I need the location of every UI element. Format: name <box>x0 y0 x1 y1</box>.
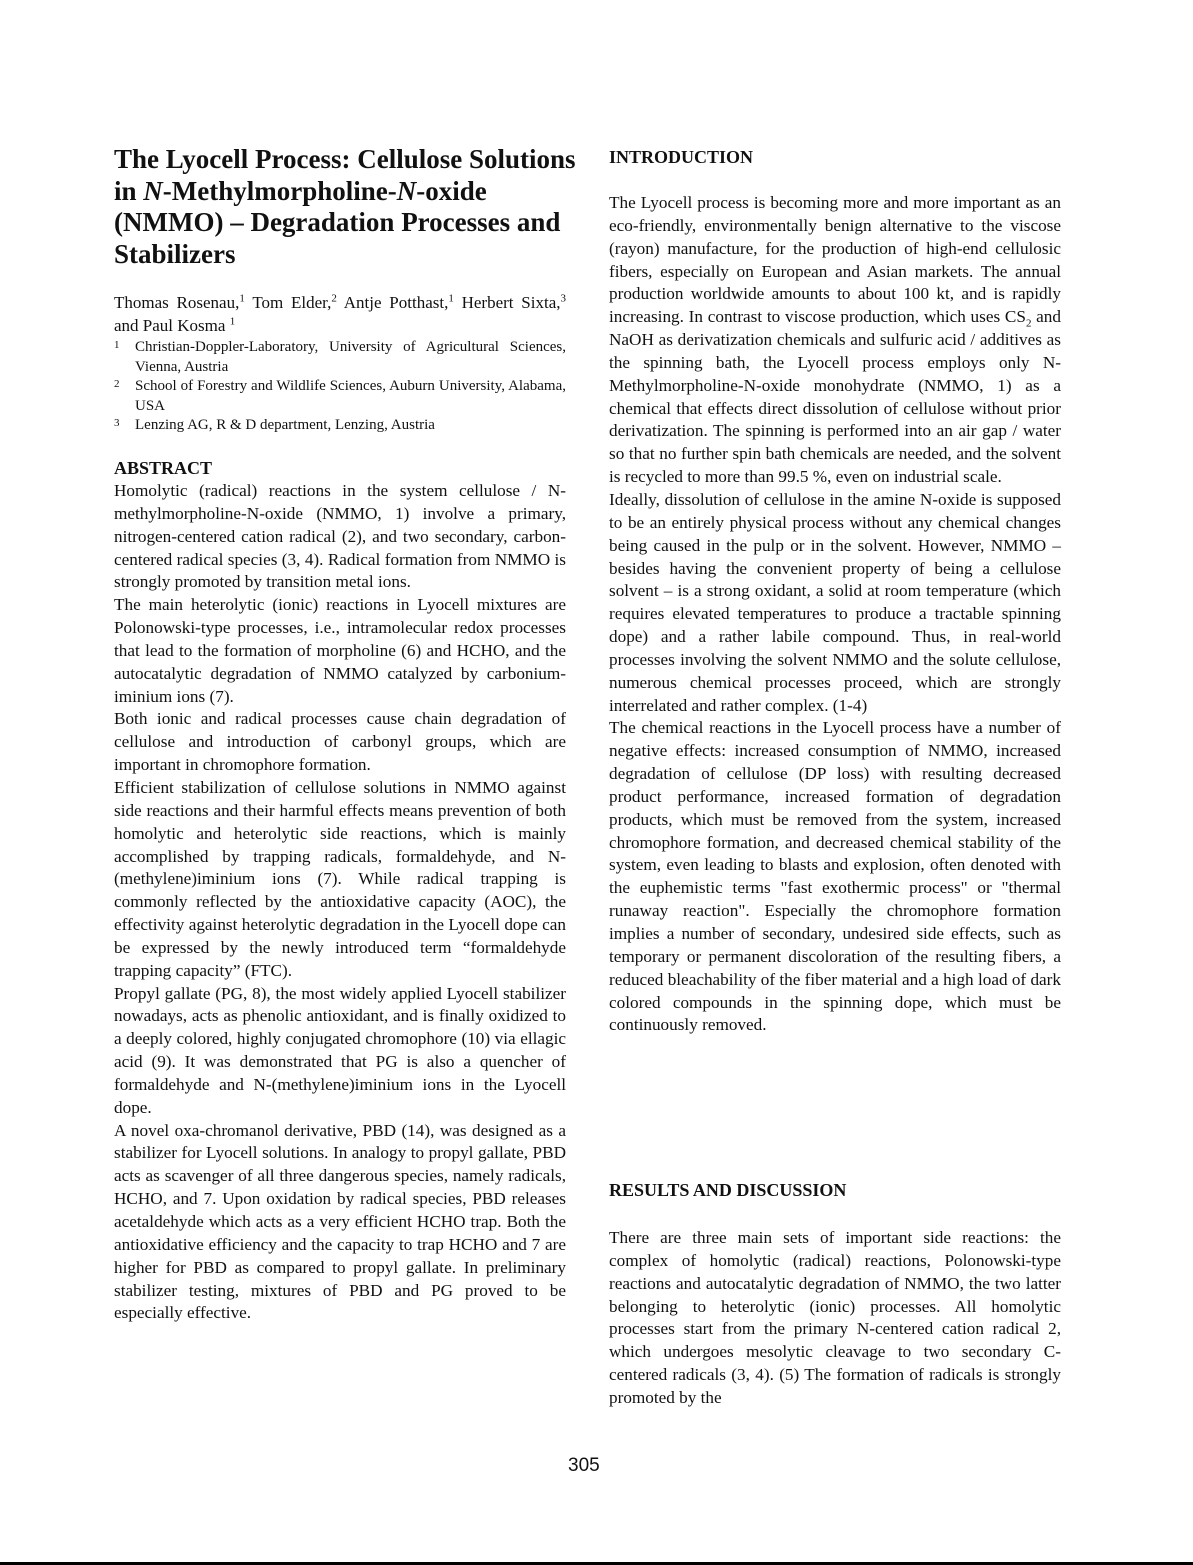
introduction-paragraph: The Lyocell process is becoming more and… <box>609 192 1061 489</box>
affiliation-item: 1 Christian-Doppler-Laboratory, Universi… <box>114 338 566 377</box>
abstract-heading: ABSTRACT <box>114 458 212 479</box>
abstract-body: Homolytic (radical) reactions in the sys… <box>114 480 566 1325</box>
page-number: 305 <box>568 1455 600 1477</box>
introduction-body: The Lyocell process is becoming more and… <box>609 192 1061 1037</box>
introduction-paragraph: Ideally, dissolution of cellulose in the… <box>609 489 1061 717</box>
abstract-paragraph: Homolytic (radical) reactions in the sys… <box>114 480 566 594</box>
abstract-paragraph: Efficient stabilization of cellulose sol… <box>114 777 566 983</box>
results-body: There are three main sets of important s… <box>609 1227 1061 1410</box>
affiliations: 1 Christian-Doppler-Laboratory, Universi… <box>114 338 566 436</box>
introduction-heading: INTRODUCTION <box>609 147 753 168</box>
abstract-paragraph: Propyl gallate (PG, 8), the most widely … <box>114 983 566 1120</box>
results-paragraph: There are three main sets of important s… <box>609 1227 1061 1410</box>
author-list: Thomas Rosenau,1 Tom Elder,2 Antje Potth… <box>114 291 566 337</box>
affiliation-item: 3 Lenzing AG, R & D department, Lenzing,… <box>114 416 566 436</box>
affiliation-item: 2 School of Forestry and Wildlife Scienc… <box>114 377 566 416</box>
abstract-paragraph: The main heterolytic (ionic) reactions i… <box>114 594 566 708</box>
abstract-paragraph: A novel oxa-chromanol derivative, PBD (1… <box>114 1120 566 1326</box>
paper-title: The Lyocell Process: Cellulose Solutions… <box>114 144 584 270</box>
introduction-paragraph: The chemical reactions in the Lyocell pr… <box>609 717 1061 1037</box>
abstract-paragraph: Both ionic and radical processes cause c… <box>114 708 566 777</box>
results-heading: RESULTS AND DISCUSSION <box>609 1180 846 1201</box>
